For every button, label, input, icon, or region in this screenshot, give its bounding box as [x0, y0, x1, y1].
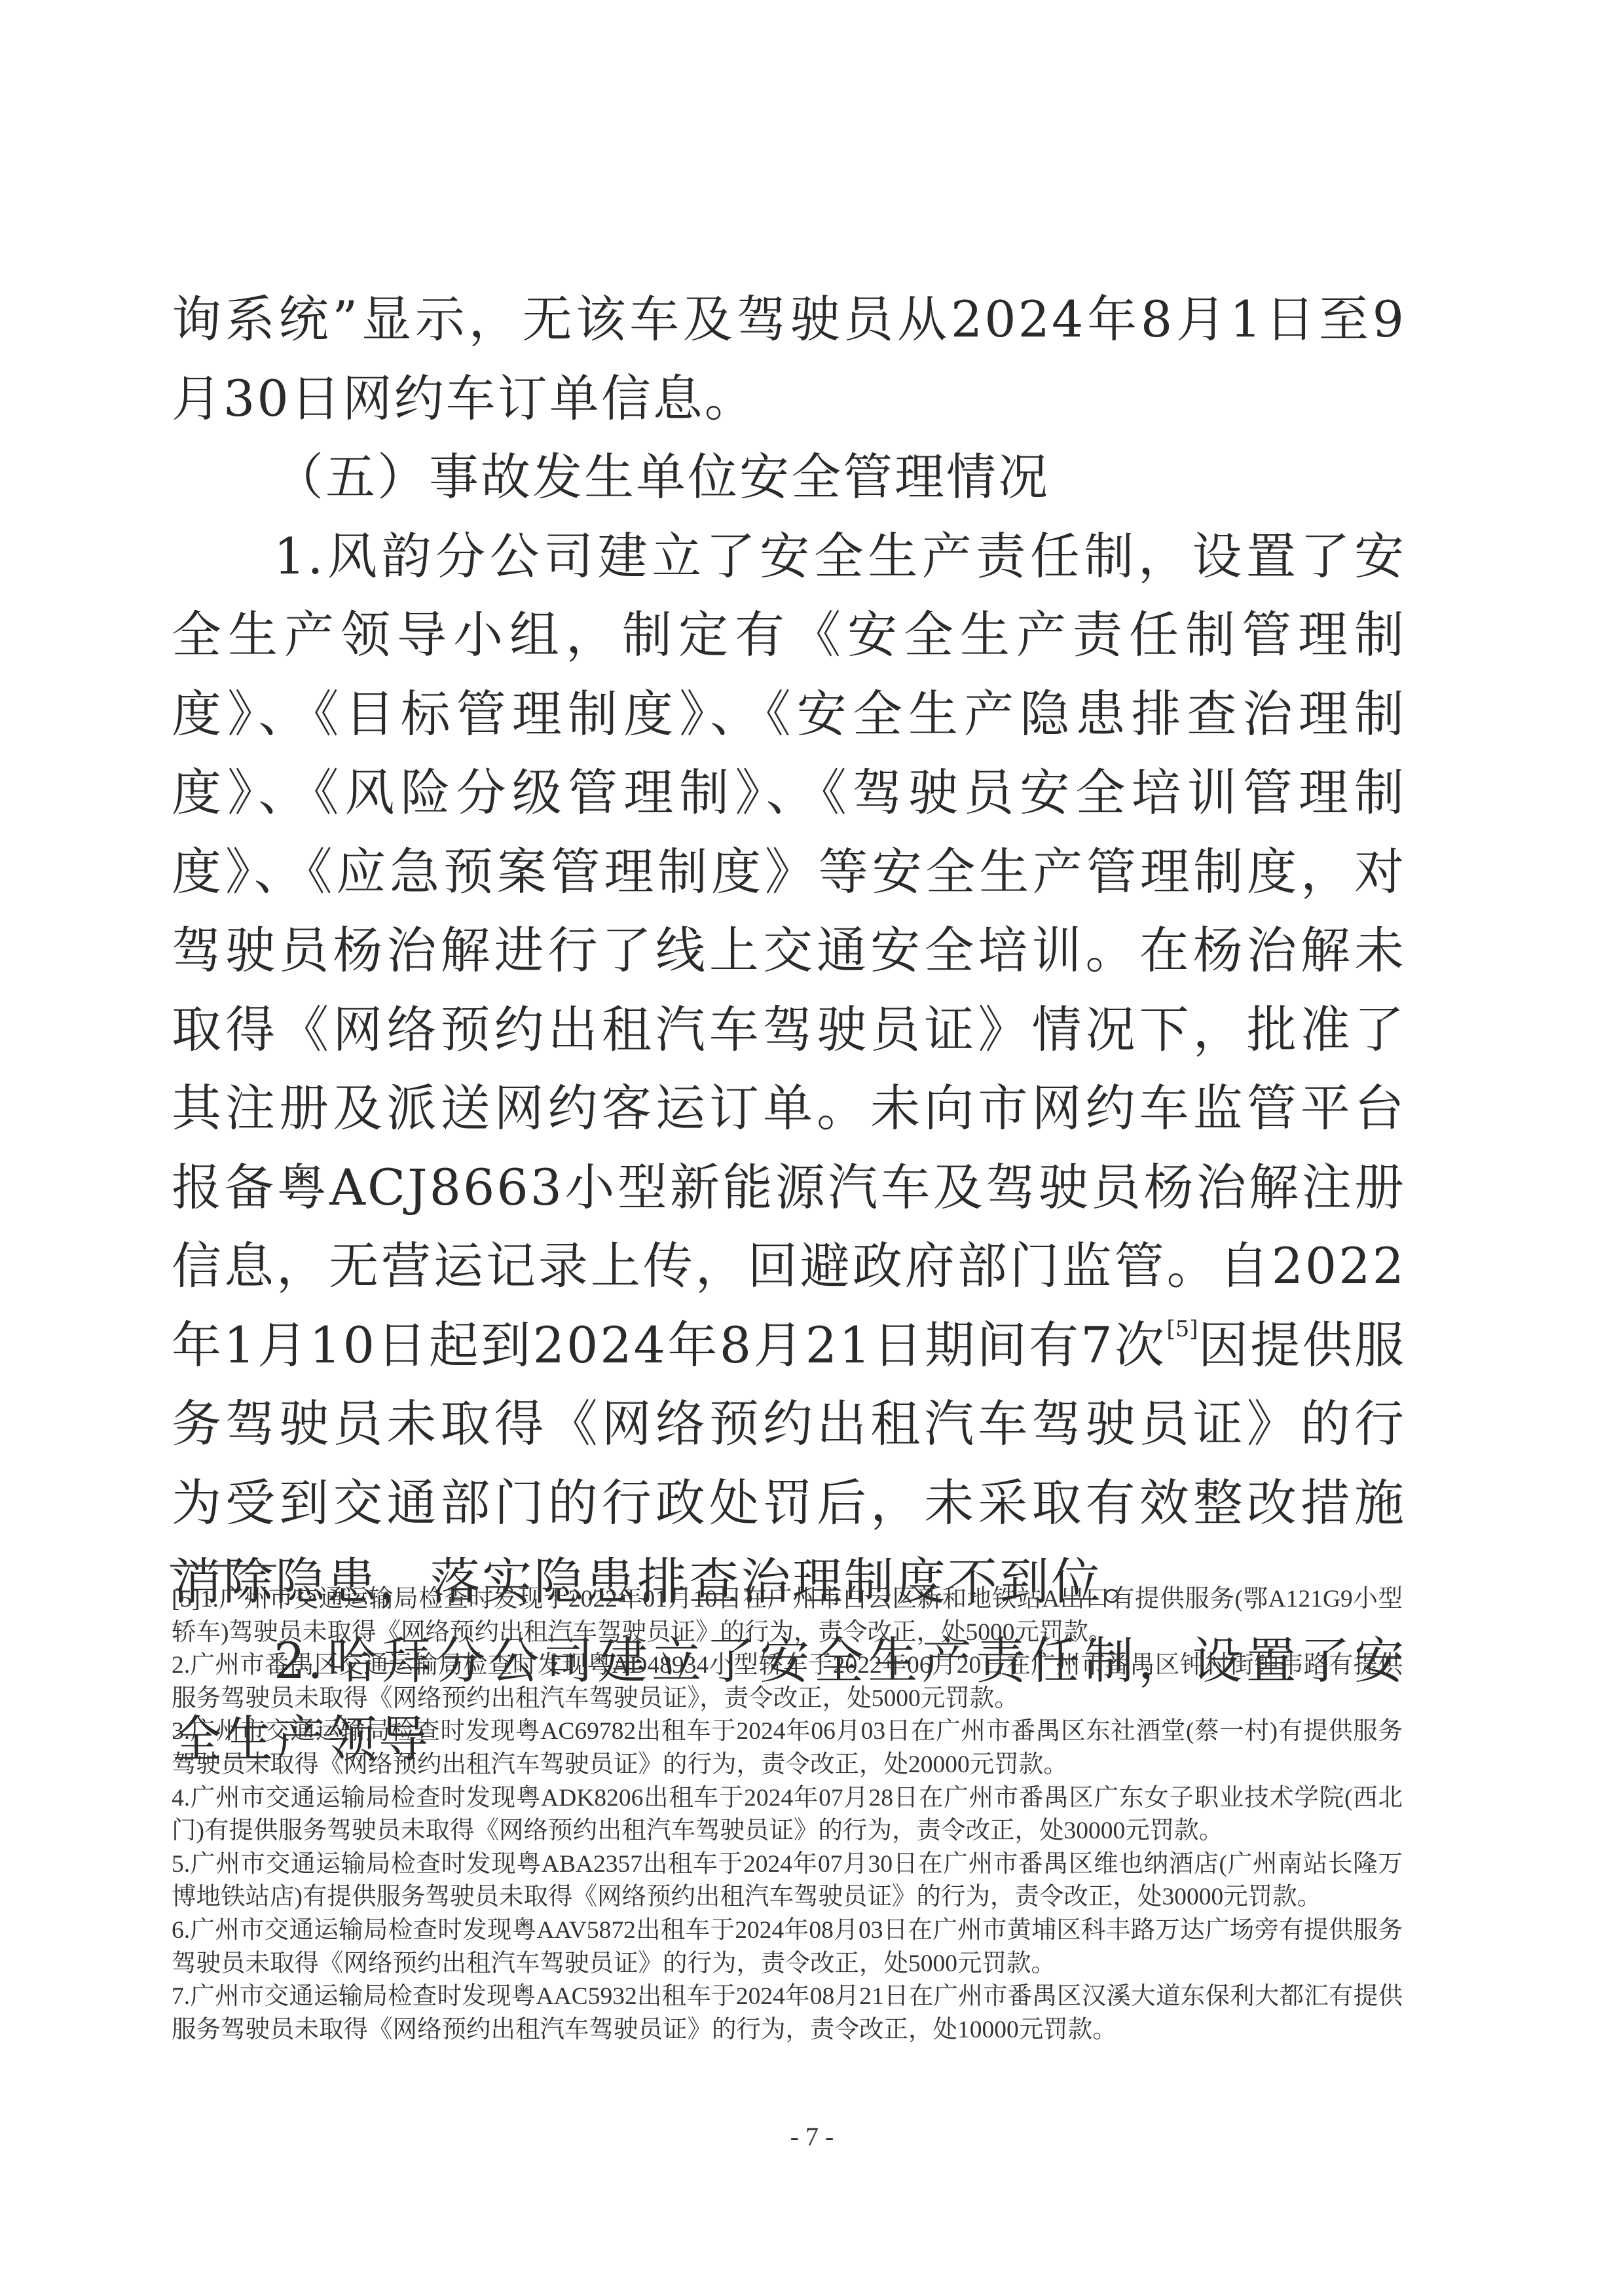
footnote-reference[interactable]: [5]	[1166, 1316, 1198, 1342]
footnote-divider	[170, 1565, 276, 1567]
section-heading: （五）事故发生单位安全管理情况	[172, 438, 1406, 517]
document-page: 询系统”显示，无该车及驾驶员从2024年8月1日至9月30日网约车订单信息。 （…	[0, 0, 1624, 2296]
footnote-item: 5.广州市交通运输局检查时发现粤ABA2357出租车于2024年07月30日在广…	[172, 1848, 1403, 1914]
footnote-item: 4.广州市交通运输局检查时发现粤ADK8206出租车于2024年07月28日在广…	[172, 1782, 1403, 1848]
footnote-item: 2.广州市番禺区交通运输局检查时发现粤AD48934小型轿车于2022年06月2…	[172, 1649, 1403, 1715]
footnotes: [5]1.广州市交通运输局检查时发现于2022年01月10日在广州市白云区新和地…	[172, 1583, 1403, 2047]
body-text: 询系统”显示，无该车及驾驶员从2024年8月1日至9月30日网约车订单信息。 （…	[172, 280, 1406, 1779]
paragraph-text: 1.风韵分公司建立了安全生产责任制，设置了安全生产领导小组，制定有《安全生产责任…	[172, 527, 1406, 1374]
page-number: - 7 -	[0, 2121, 1624, 2152]
footnote-item: 7.广州市交通运输局检查时发现粤AAC5932出租车于2024年08月21日在广…	[172, 1980, 1403, 2047]
paragraph-continued: 询系统”显示，无该车及驾驶员从2024年8月1日至9月30日网约车订单信息。	[172, 280, 1406, 438]
footnote-item: [5]1.广州市交通运输局检查时发现于2022年01月10日在广州市白云区新和地…	[172, 1583, 1403, 1649]
footnote-item: 6.广州市交通运输局检查时发现粤AAV5872出租车于2024年08月03日在广…	[172, 1914, 1403, 1980]
footnote-item: 3.广州市交通运输局检查时发现粤AC69782出租车于2024年06月03日在广…	[172, 1715, 1403, 1781]
paragraph-fengyun-branch: 1.风韵分公司建立了安全生产责任制，设置了安全生产领导小组，制定有《安全生产责任…	[172, 517, 1406, 1622]
